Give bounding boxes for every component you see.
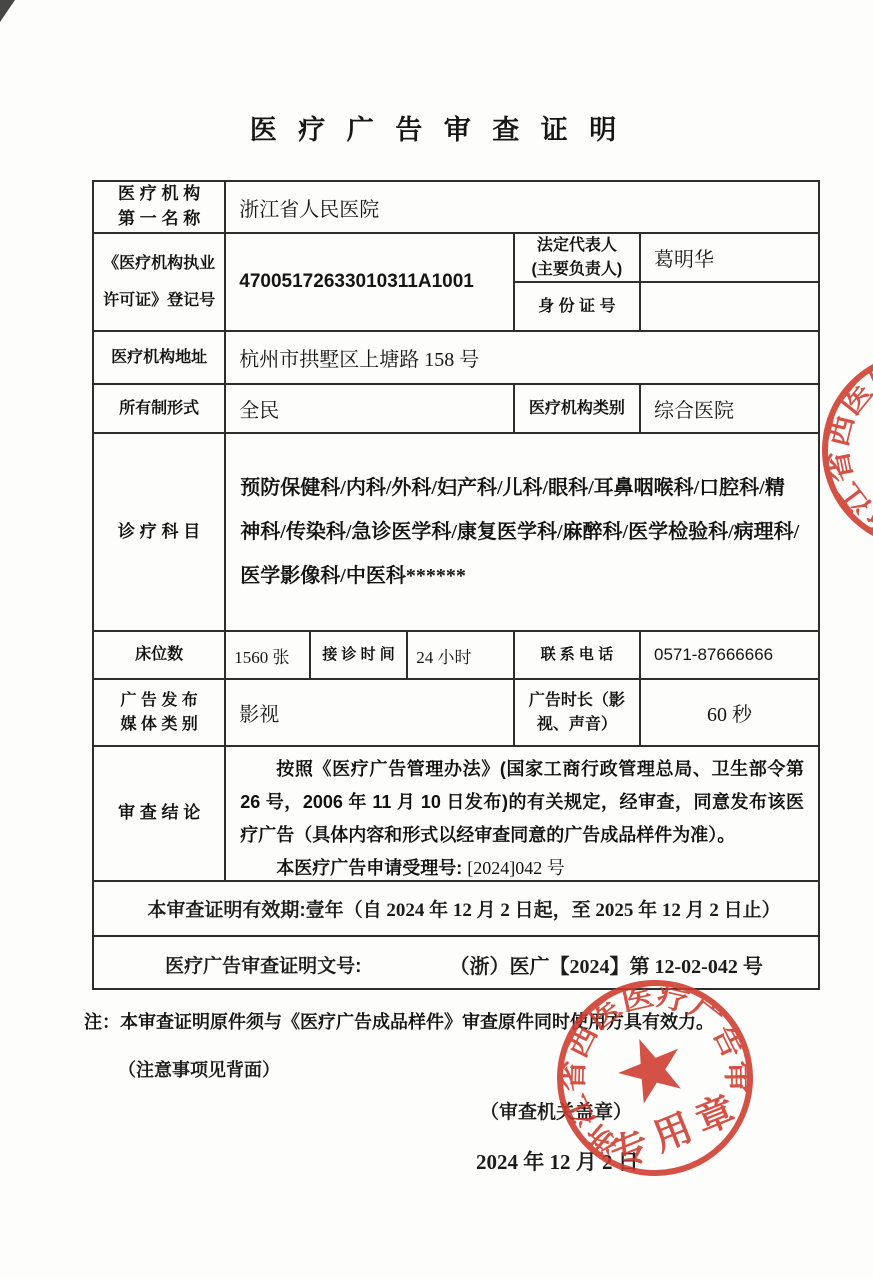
id-no-subrow: 身 份 证 号 [515,283,818,330]
license-label-line1: 《医疗机构执业 [94,252,224,275]
legal-rep-value: 葛明华 [641,243,818,272]
departments-value-cell: 预防保健科/内科/外科/妇产科/儿科/眼科/耳鼻咽喉科/口腔科/精神科/传染科/… [226,434,818,630]
beds-label: 床位数 [94,643,224,666]
hours-label-cell: 接 诊 时 间 [311,632,408,678]
duration-label-cell: 广告时长（影 视、声音） [515,680,641,745]
hours-label: 接 诊 时 间 [311,644,406,666]
beds-value: 1560 张 [226,643,309,668]
row-beds-hours-phone: 床位数 1560 张 接 诊 时 间 24 小时 联 系 电 话 0571-87… [94,632,818,680]
org-name-label-line1: 医 疗 机 构 [94,182,224,207]
page-title: 医 疗 广 告 审 查 证 明 [0,108,873,147]
media-label-line1: 广 告 发 布 [94,689,224,712]
duration-value: 60 秒 [641,698,818,727]
departments-label-cell: 诊 疗 科 目 [94,434,226,630]
hours-value-cell: 24 小时 [408,632,514,678]
conclusion-paragraph: 按照《医疗广告管理办法》(国家工商行政管理总局、卫生部令第 26 号，2006 … [240,753,804,852]
duration-value-cell: 60 秒 [641,680,818,745]
cert-no-value: （浙）医广【2024】第 12-02-042 号 [450,950,763,979]
media-value: 影视 [226,698,512,727]
validity-value: （自 2024 年 12 月 2 日起，至 2025 年 12 月 2 日止） [344,895,781,922]
validity-label: 本审查证明有效期:壹年 [131,895,343,922]
scan-corner-artifact [0,0,15,22]
category-label: 医疗机构类别 [515,397,639,420]
row-license: 《医疗机构执业 许可证》登记号 47005172633010311A1001 法… [94,234,818,332]
conclusion-label-cell: 审 查 结 论 [94,747,226,880]
media-value-cell: 影视 [226,680,514,745]
row-departments: 诊 疗 科 目 预防保健科/内科/外科/妇产科/儿科/眼科/耳鼻咽喉科/口腔科/… [94,434,818,632]
category-label-cell: 医疗机构类别 [515,385,641,432]
departments-value: 预防保健科/内科/外科/妇产科/儿科/眼科/耳鼻咽喉科/口腔科/精神科/传染科/… [226,466,818,598]
license-number: 47005172633010311A1001 [226,271,512,293]
address-value-cell: 杭州市拱墅区上塘路 158 号 [226,332,818,383]
id-no-value-cell [641,283,818,330]
conclusion-value-cell: 按照《医疗广告管理办法》(国家工商行政管理总局、卫生部令第 26 号，2006 … [226,747,818,880]
license-label-line2: 许可证》登记号 [94,289,224,312]
beds-label-cell: 床位数 [94,632,226,678]
seal-hint-text: （审查机关盖章） [480,1097,632,1124]
license-value-cell: 47005172633010311A1001 [226,234,514,330]
org-name-value-cell: 浙江省人民医院 [226,182,818,232]
receipt-number: [2024]042 号 [467,858,565,878]
footnote-see-back: （注意事项见背面） [118,1056,280,1082]
ownership-label: 所有制形式 [94,397,224,420]
row-cert-no: 医疗广告审查证明文号: （浙）医广【2024】第 12-02-042 号 [94,937,818,992]
license-label-cell: 《医疗机构执业 许可证》登记号 [94,234,226,330]
ownership-label-cell: 所有制形式 [94,385,226,432]
phone-value: 0571-87666666 [641,645,818,665]
ownership-value: 全民 [226,394,512,423]
issue-date: 2024 年 12 月 2 日 [476,1146,639,1176]
legal-rep-id-stack: 法定代表人 (主要负责人) 葛明华 身 份 证 号 [515,234,818,330]
cert-no-cell: 医疗广告审查证明文号: （浙）医广【2024】第 12-02-042 号 [94,937,818,992]
row-address: 医疗机构地址 杭州市拱墅区上塘路 158 号 [94,332,818,385]
address-label-cell: 医疗机构地址 [94,332,226,383]
conclusion-label: 审 查 结 论 [94,801,224,826]
row-org-name: 医 疗 机 构 第 一 名 称 浙江省人民医院 [94,182,818,234]
phone-label-cell: 联 系 电 话 [515,632,641,678]
certificate-page: { "page": { "title": "医 疗 广 告 审 查 证 明" }… [0,0,873,1279]
row-ownership: 所有制形式 全民 医疗机构类别 综合医院 [94,385,818,434]
id-no-label-cell: 身 份 证 号 [515,283,641,330]
legal-rep-value-cell: 葛明华 [641,234,818,281]
departments-label: 诊 疗 科 目 [94,520,224,545]
duration-label-line1: 广告时长（影 [515,689,639,712]
ownership-value-cell: 全民 [226,385,514,432]
receipt-label: 本医疗广告申请受理号: [276,858,462,878]
id-no-label: 身 份 证 号 [515,295,639,318]
org-name-label-line2: 第 一 名 称 [94,207,224,232]
certificate-table: 医 疗 机 构 第 一 名 称 浙江省人民医院 《医疗机构执业 许可证》登记号 … [92,180,820,990]
row-validity: 本审查证明有效期:壹年 （自 2024 年 12 月 2 日起，至 2025 年… [94,882,818,937]
beds-value-cell: 1560 张 [226,632,311,678]
legal-rep-label-cell: 法定代表人 (主要负责人) [515,234,641,281]
row-conclusion: 审 查 结 论 按照《医疗广告管理办法》(国家工商行政管理总局、卫生部令第 26… [94,747,818,882]
phone-value-cell: 0571-87666666 [641,632,818,678]
receipt-line: 本医疗广告申请受理号: [2024]042 号 [240,852,804,880]
address-value: 杭州市拱墅区上塘路 158 号 [226,343,818,372]
category-value: 综合医院 [641,394,818,423]
category-value-cell: 综合医院 [641,385,818,432]
legal-rep-label-line2: (主要负责人) [515,258,639,281]
legal-rep-label-line1: 法定代表人 [515,234,639,257]
hours-value: 24 小时 [408,643,512,668]
validity-cell: 本审查证明有效期:壹年 （自 2024 年 12 月 2 日起，至 2025 年… [94,882,818,935]
cert-no-label: 医疗广告审查证明文号: [149,951,361,978]
row-media-duration: 广 告 发 布 媒 体 类 别 影视 广告时长（影 视、声音） 60 秒 [94,680,818,747]
conclusion-text-block: 按照《医疗广告管理办法》(国家工商行政管理总局、卫生部令第 26 号，2006 … [226,747,818,880]
media-label-cell: 广 告 发 布 媒 体 类 别 [94,680,226,745]
footnote-original-required: 注：本审查证明原件须与《医疗广告成品样件》审查原件同时使用方具有效力。 [84,1008,784,1034]
address-label: 医疗机构地址 [94,346,224,369]
legal-rep-subrow: 法定代表人 (主要负责人) 葛明华 [515,234,818,283]
phone-label: 联 系 电 话 [515,644,639,666]
org-name-value: 浙江省人民医院 [226,193,818,222]
org-name-label-cell: 医 疗 机 构 第 一 名 称 [94,182,226,232]
edge-star-icon [869,397,873,484]
media-label-line2: 媒 体 类 别 [94,713,224,736]
duration-label-line2: 视、声音） [515,713,639,736]
star-icon [609,1027,692,1108]
